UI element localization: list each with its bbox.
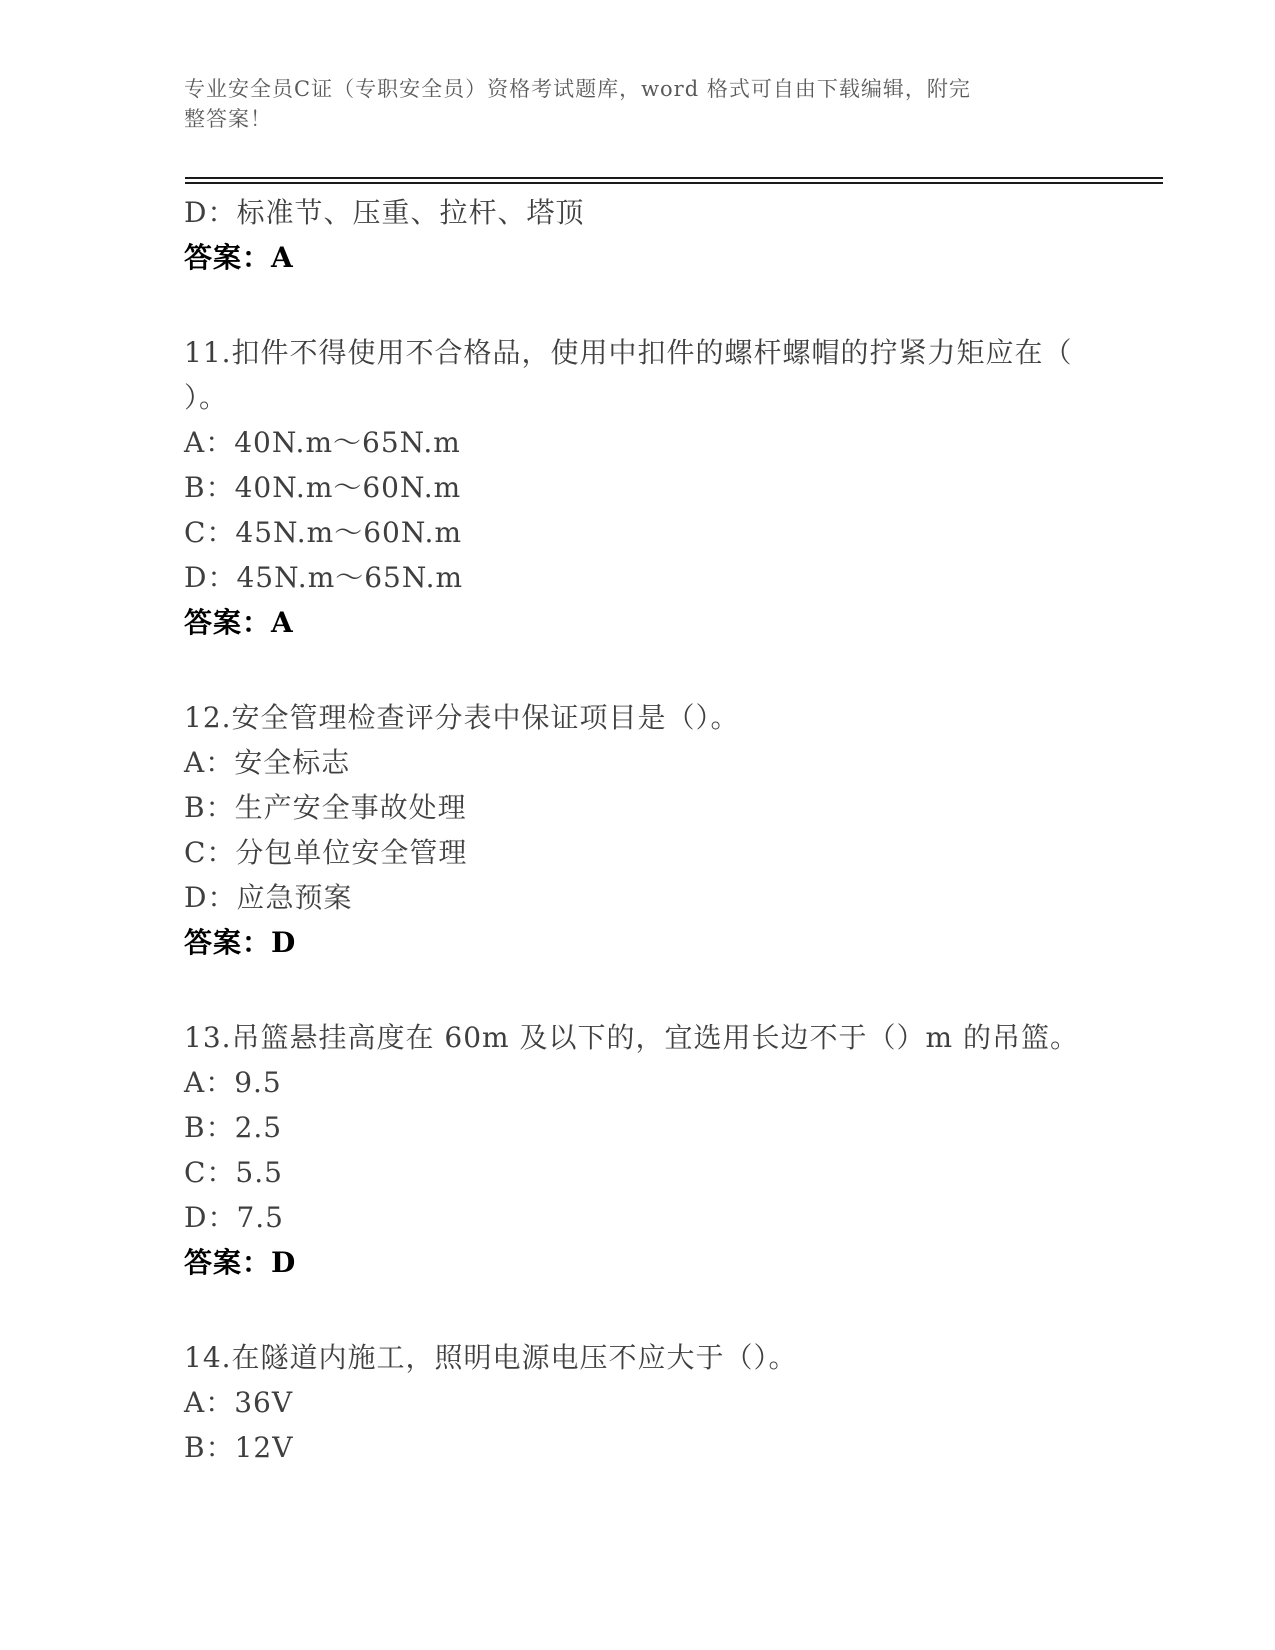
- question-13-option-c: C：5.5: [184, 1150, 1184, 1195]
- question-12-option-c: C：分包单位安全管理: [184, 830, 1184, 875]
- question-spacer: [184, 645, 1184, 695]
- question-11-answer: 答案：A: [184, 600, 1184, 645]
- header-line-2: 整答案！: [184, 104, 1124, 134]
- prev-question-answer: 答案：A: [184, 235, 1184, 280]
- question-12-option-a: A：安全标志: [184, 740, 1184, 785]
- page-header: 专业安全员C证（专职安全员）资格考试题库，word 格式可自由下载编辑，附完 整…: [184, 74, 1124, 134]
- header-line-1: 专业安全员C证（专职安全员）资格考试题库，word 格式可自由下载编辑，附完: [184, 74, 1124, 104]
- document-body: D：标准节、压重、拉杆、塔顶 答案：A 11.扣件不得使用不合格品，使用中扣件的…: [184, 190, 1184, 1470]
- question-14-option-b: B：12V: [184, 1425, 1184, 1470]
- question-11-option-c: C：45N.m～60N.m: [184, 510, 1184, 555]
- question-13-option-d: D：7.5: [184, 1195, 1184, 1240]
- document-page: 专业安全员C证（专职安全员）资格考试题库，word 格式可自由下载编辑，附完 整…: [0, 0, 1275, 1650]
- question-spacer: [184, 1285, 1184, 1335]
- question-14-option-a: A：36V: [184, 1380, 1184, 1425]
- question-12-text-line-1: 12.安全管理检查评分表中保证项目是（）。: [184, 695, 1184, 740]
- question-11-option-b: B：40N.m～60N.m: [184, 465, 1184, 510]
- header-divider: [185, 177, 1163, 184]
- question-13-option-a: A：9.5: [184, 1060, 1184, 1105]
- question-11-text-line-1: 11.扣件不得使用不合格品，使用中扣件的螺杆螺帽的拧紧力矩应在（: [184, 330, 1184, 375]
- question-spacer: [184, 965, 1184, 1015]
- question-11-option-a: A：40N.m～65N.m: [184, 420, 1184, 465]
- question-12-answer: 答案：D: [184, 920, 1184, 965]
- question-13-answer: 答案：D: [184, 1240, 1184, 1285]
- question-14-text-line-1: 14.在隧道内施工，照明电源电压不应大于（）。: [184, 1335, 1184, 1380]
- question-13-option-b: B：2.5: [184, 1105, 1184, 1150]
- prev-question-option-d: D：标准节、压重、拉杆、塔顶: [184, 190, 1184, 235]
- question-11-option-d: D：45N.m～65N.m: [184, 555, 1184, 600]
- question-11-text-line-2: ）。: [184, 375, 1184, 420]
- question-12-option-d: D：应急预案: [184, 875, 1184, 920]
- question-13-text-line-1: 13.吊篮悬挂高度在 60m 及以下的，宜选用长边不于（）m 的吊篮。: [184, 1015, 1184, 1060]
- question-spacer: [184, 280, 1184, 330]
- question-12-option-b: B：生产安全事故处理: [184, 785, 1184, 830]
